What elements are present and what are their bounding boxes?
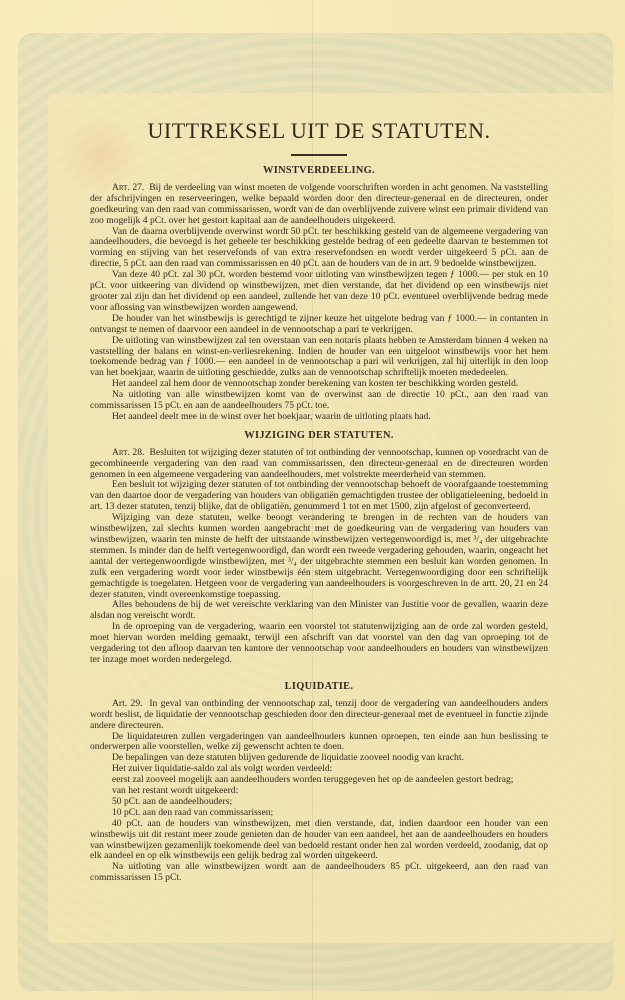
paragraph: Van deze 40 pCt. zal 30 pCt. worden best…: [90, 270, 548, 314]
paragraph: In de oproeping van de vergadering, waar…: [90, 622, 548, 666]
document-body: UITTREKSEL UIT DE STATUTEN. WINSTVERDEEL…: [90, 118, 548, 884]
article-label: Art. 27.: [112, 182, 144, 193]
paragraph: Art. 29. In geval van ontbinding der ven…: [90, 699, 548, 732]
spacer: [90, 666, 548, 674]
paragraph: Alles behoudens de bij de wet vereischte…: [90, 600, 548, 622]
paragraph: Na uitloting van alle winstbewijzen word…: [90, 862, 548, 884]
paragraph: Art. 28. Besluiten tot wijziging dezer s…: [90, 448, 548, 481]
title-divider: [291, 154, 347, 156]
paragraph-text: In geval van ontbinding der vennootschap…: [90, 698, 548, 731]
section-liquidatie: LIQUIDATIE. Art. 29. In geval van ontbin…: [90, 682, 548, 884]
section-heading: WIJZIGING DER STATUTEN.: [90, 431, 548, 442]
paragraph: Art. 27. Bij de verdeeling van winst moe…: [90, 183, 548, 227]
paragraph: Het aandeel deelt mee in de winst over h…: [90, 412, 548, 423]
paragraph: Na uitloting van alle winstbewijzen komt…: [90, 390, 548, 412]
article-label: Art. 29.: [112, 698, 143, 709]
paragraph-text: Besluiten tot wijziging dezer statuten o…: [90, 447, 548, 480]
section-winstverdeeling: WINSTVERDEELING. Art. 27. Bij de verdeel…: [90, 166, 548, 423]
section-heading: LIQUIDATIE.: [90, 682, 548, 693]
section-wijziging-der-statuten: WIJZIGING DER STATUTEN. Art. 28. Besluit…: [90, 431, 548, 666]
section-heading: WINSTVERDEELING.: [90, 166, 548, 177]
paragraph: Wijziging van deze statuten, welke beoog…: [90, 513, 548, 600]
paragraph: 40 pCt. aan de houders van winstbewijzen…: [90, 819, 548, 863]
paragraph: De houder van het winstbewijs is gerecht…: [90, 314, 548, 336]
paragraph: Een besluit tot wijziging dezer statuten…: [90, 480, 548, 513]
paragraph: De uitloting van winstbewijzen zal ten o…: [90, 336, 548, 380]
paragraph-text: Bij de verdeeling van winst moeten de vo…: [90, 182, 548, 226]
document-title: UITTREKSEL UIT DE STATUTEN.: [90, 118, 548, 144]
paragraph: De liquidateuren zullen vergaderingen va…: [90, 732, 548, 754]
paragraph: Van de daarna overblijvende overwinst wo…: [90, 227, 548, 271]
article-label: Art. 28.: [112, 447, 144, 458]
